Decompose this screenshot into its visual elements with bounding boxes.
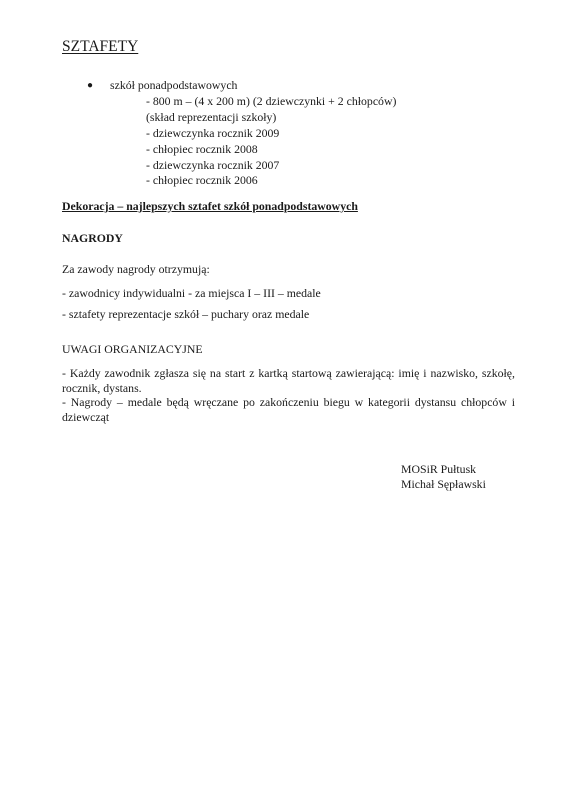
note-item: - Nagrody – medale będą wręczane po zako… xyxy=(62,395,515,424)
notes-title: UWAGI ORGANIZACYJNE xyxy=(62,342,203,357)
section-title: SZTAFETY xyxy=(62,38,138,56)
awards-intro: Za zawody nagrody otrzymują: xyxy=(62,262,210,277)
relay-line: - 800 m – (4 x 200 m) (2 dziewczynki + 2… xyxy=(146,94,396,109)
awards-title: NAGRODY xyxy=(62,231,123,246)
bullet-icon: ● xyxy=(87,80,93,91)
relay-line: - chłopiec rocznik 2006 xyxy=(146,173,258,188)
award-item: - sztafety reprezentacje szkół – puchary… xyxy=(62,307,309,322)
relay-line: - chłopiec rocznik 2008 xyxy=(146,142,258,157)
relay-line: - dziewczynka rocznik 2009 xyxy=(146,126,279,141)
award-item: - zawodnicy indywidualni - za miejsca I … xyxy=(62,286,321,301)
signature-name: Michał Sępławski xyxy=(401,477,486,492)
signature-org: MOSiR Pułtusk xyxy=(401,462,476,477)
relay-line: (skład reprezentacji szkoły) xyxy=(146,110,276,125)
relay-line: - dziewczynka rocznik 2007 xyxy=(146,158,279,173)
note-item: - Każdy zawodnik zgłasza się na start z … xyxy=(62,366,515,395)
decoration-heading: Dekoracja – najlepszych sztafet szkół po… xyxy=(62,199,358,214)
relay-category: szkół ponadpodstawowych xyxy=(110,78,237,93)
